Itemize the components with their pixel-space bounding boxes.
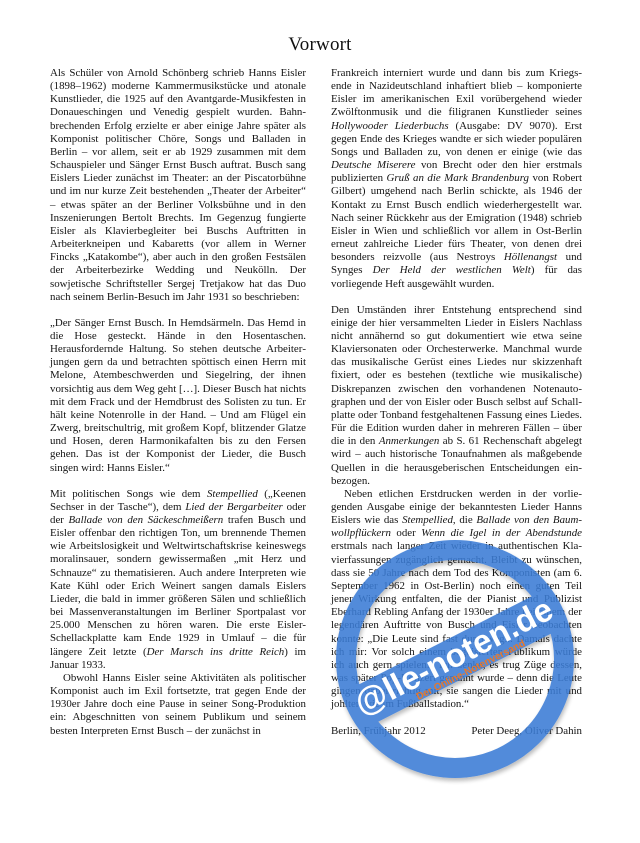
signature-line: Berlin, Frühjahr 2012 Peter Deeg, Oliver… xyxy=(331,725,582,738)
paragraph-songs: Mit politischen Songs wie dem Stempellie… xyxy=(50,488,306,672)
signature-authors: Peter Deeg, Oliver Dahin xyxy=(471,725,582,738)
document-page: Vorwort Als Schüler von Arnold Schönberg… xyxy=(0,0,640,843)
paragraph-exile-continued: Frankreich interniert wurde und dann bis… xyxy=(331,67,582,291)
work-title: Der Held der westlichen Welt xyxy=(373,264,531,276)
work-title: Höllenangst xyxy=(504,251,557,263)
right-column: Frankreich interniert wurde und dann bis… xyxy=(331,67,582,738)
song-title: Lied der Bergarbeiter xyxy=(185,501,282,513)
work-title: Deutsche Miserere xyxy=(331,159,416,171)
song-title: Der Marsch ins dritte Reich xyxy=(147,646,285,658)
work-title: Hollywooder Liederbuchs xyxy=(331,120,449,132)
song-title: Ballade von den Säckeschmeißern xyxy=(69,514,224,526)
song-title: Stempellied xyxy=(207,488,258,500)
text-run: Mit politischen Songs wie dem xyxy=(50,488,207,500)
song-title: Wenn die Igel in der Abendstunde xyxy=(421,527,582,539)
text-run: , die xyxy=(453,514,477,526)
paragraph-quote-tretjakow: „Der Sänger Ernst Busch. In Hemdsärmeln.… xyxy=(50,317,306,475)
text-run: von Robert Gilbert) umgehend nach Berlin… xyxy=(331,172,582,263)
page-title: Vorwort xyxy=(0,34,640,56)
song-title: Stempellied xyxy=(402,514,453,526)
text-run: trafen Busch und Eisler offenbar den ric… xyxy=(50,514,306,658)
text-run: Den Umständen ihrer Entstehung entsprech… xyxy=(331,304,582,448)
paragraph-exile: Obwohl Hanns Eisler seine Aktivitäten al… xyxy=(50,672,306,738)
left-column: Als Schüler von Arnold Schönberg schrieb… xyxy=(50,67,306,738)
work-title: Gruß an die Mark Brandenburg xyxy=(387,172,529,184)
paragraph-edition: Neben etlichen Erstdrucken werden in der… xyxy=(331,488,582,712)
text-run: oder xyxy=(391,527,421,539)
signature-place-date: Berlin, Frühjahr 2012 xyxy=(331,725,426,738)
work-title: Anmerkungen xyxy=(379,435,439,447)
text-run: Frankreich interniert wurde und dann bis… xyxy=(331,67,582,118)
text-run: erstmals nach langer Zeit wieder in auth… xyxy=(331,540,582,710)
paragraph-sources: Den Umständen ihrer Entstehung entsprech… xyxy=(331,304,582,488)
paragraph-intro: Als Schüler von Arnold Schönberg schrieb… xyxy=(50,67,306,304)
